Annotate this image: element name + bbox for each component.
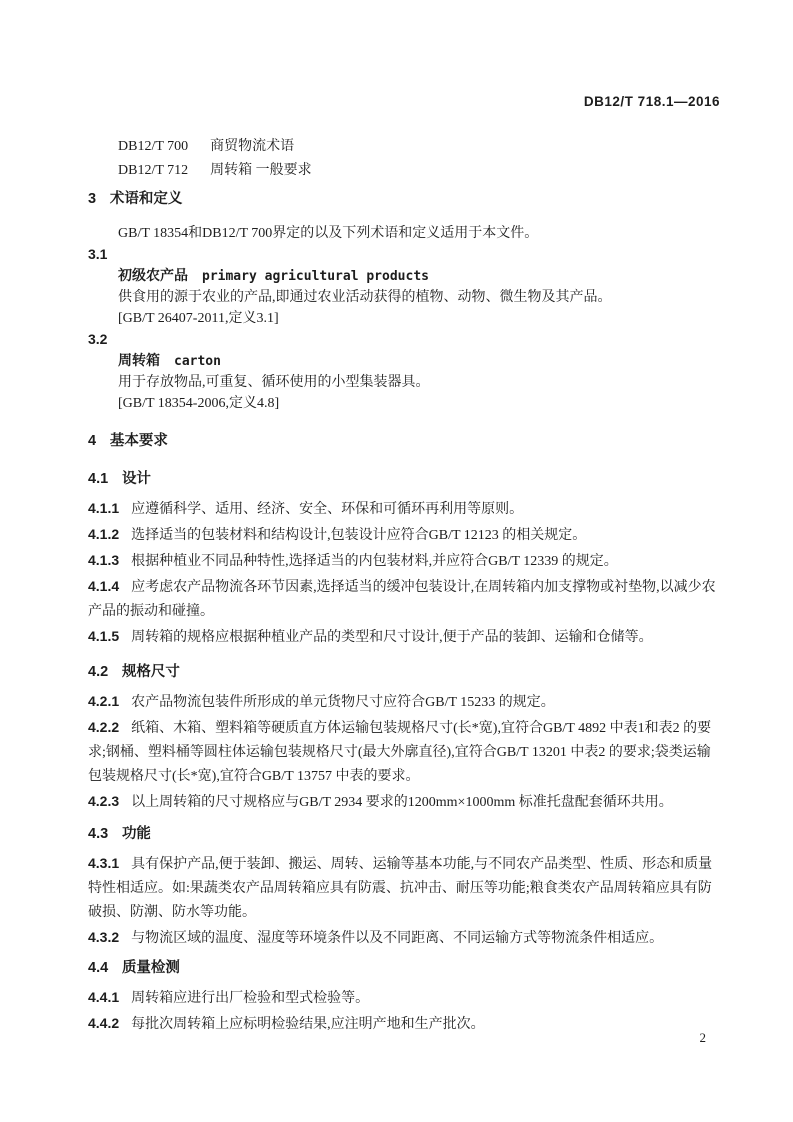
clause-text: 具有保护产品,便于装卸、搬运、周转、运输等基本功能,与不同农产品类型、性质、形态… xyxy=(88,857,712,920)
subsection-number: 4.3 xyxy=(88,826,108,842)
reference-title: 周转箱 一般要求 xyxy=(210,163,312,178)
clause-4-1-2: 4.1.2选择适当的包装材料和结构设计,包装设计应符合GB/T 12123 的相… xyxy=(88,522,720,548)
term-entry: 3.2 周转箱carton 用于存放物品,可重复、循环使用的小型集装器具。 [G… xyxy=(88,329,720,414)
clause-list: 4.2.1农产品物流包装件所形成的单元货物尺寸应符合GB/T 15233 的规定… xyxy=(88,689,720,815)
term-number: 3.1 xyxy=(88,244,720,265)
term-name-zh: 初级农产品 xyxy=(118,267,188,283)
reference-code: DB12/T 712 xyxy=(118,163,188,178)
clause-number: 4.4.1 xyxy=(88,989,119,1005)
clause-number: 4.1.4 xyxy=(88,578,119,594)
term-name: 初级农产品primary agricultural products xyxy=(118,265,720,287)
page-header-doc-code: DB12/T 718.1—2016 xyxy=(88,94,720,110)
normative-reference-line: DB12/T 700商贸物流术语 xyxy=(118,135,720,159)
clause-4-1-5: 4.1.5周转箱的规格应根据种植业产品的类型和尺寸设计,便于产品的装卸、运输和仓… xyxy=(88,624,720,650)
clause-list: 4.4.1周转箱应进行出厂检验和型式检验等。 4.4.2每批次周转箱上应标明检验… xyxy=(88,985,720,1037)
clause-text: 与物流区域的温度、湿度等环境条件以及不同距离、不同运输方式等物流条件相适应。 xyxy=(131,931,663,946)
section-number: 3 xyxy=(88,191,96,207)
term-source: [GB/T 26407-2011,定义3.1] xyxy=(118,308,720,329)
clause-list: 4.1.1应遵循科学、适用、经济、安全、环保和可循环再利用等原则。 4.1.2选… xyxy=(88,496,720,650)
clause-number: 4.2.1 xyxy=(88,693,119,709)
term-definition: 供食用的源于农业的产品,即通过农业活动获得的植物、动物、微生物及其产品。 xyxy=(118,287,720,308)
terms-intro: GB/T 18354和DB12/T 700界定的以及下列术语和定义适用于本文件。 xyxy=(88,223,720,244)
clause-4-1-1: 4.1.1应遵循科学、适用、经济、安全、环保和可循环再利用等原则。 xyxy=(88,496,720,522)
clause-number: 4.1.1 xyxy=(88,500,119,516)
clause-4-1-3: 4.1.3根据种植业不同品种特性,选择适当的内包装材料,并应符合GB/T 123… xyxy=(88,548,720,574)
subsection-heading-4-4: 4.4质量检测 xyxy=(88,959,720,978)
document-page: { "header": { "doc_code": "DB12/T 718.1—… xyxy=(0,0,793,1122)
clause-4-3-2: 4.3.2与物流区域的温度、湿度等环境条件以及不同距离、不同运输方式等物流条件相… xyxy=(88,925,720,951)
clause-text: 每批次周转箱上应标明检验结果,应注明产地和生产批次。 xyxy=(131,1017,485,1032)
section-number: 4 xyxy=(88,433,96,449)
section-title: 基本要求 xyxy=(110,433,168,449)
clause-4-4-2: 4.4.2每批次周转箱上应标明检验结果,应注明产地和生产批次。 xyxy=(88,1011,720,1037)
subsection-heading-4-3: 4.3功能 xyxy=(88,825,720,844)
clause-4-4-1: 4.4.1周转箱应进行出厂检验和型式检验等。 xyxy=(88,985,720,1011)
normative-reference-line: DB12/T 712周转箱 一般要求 xyxy=(118,159,720,183)
section-4-heading: 4基本要求 xyxy=(88,432,720,451)
clause-4-2-1: 4.2.1农产品物流包装件所形成的单元货物尺寸应符合GB/T 15233 的规定… xyxy=(88,689,720,715)
clause-4-2-3: 4.2.3以上周转箱的尺寸规格应与GB/T 2934 要求的1200mm×100… xyxy=(88,789,720,815)
clause-number: 4.1.3 xyxy=(88,552,119,568)
clause-number: 4.2.2 xyxy=(88,719,119,735)
clause-text: 以上周转箱的尺寸规格应与GB/T 2934 要求的1200mm×1000mm 标… xyxy=(131,795,673,810)
clause-text: 应考虑农产品物流各环节因素,选择适当的缓冲包装设计,在周转箱内加支撑物或衬垫物,… xyxy=(88,580,716,619)
clause-text: 农产品物流包装件所形成的单元货物尺寸应符合GB/T 15233 的规定。 xyxy=(131,695,555,710)
clause-number: 4.2.3 xyxy=(88,793,119,809)
term-definition: 用于存放物品,可重复、循环使用的小型集装器具。 xyxy=(118,372,720,393)
reference-code: DB12/T 700 xyxy=(118,139,188,154)
term-name-zh: 周转箱 xyxy=(118,352,160,368)
clause-4-3-1: 4.3.1具有保护产品,便于装卸、搬运、周转、运输等基本功能,与不同农产品类型、… xyxy=(88,851,720,925)
clause-number: 4.4.2 xyxy=(88,1015,119,1031)
term-entry: 3.1 初级农产品primary agricultural products 供… xyxy=(88,244,720,329)
term-source: [GB/T 18354-2006,定义4.8] xyxy=(118,393,720,414)
clause-text: 周转箱的规格应根据种植业产品的类型和尺寸设计,便于产品的装卸、运输和仓储等。 xyxy=(131,630,653,645)
subsection-title: 功能 xyxy=(122,826,151,842)
term-number: 3.2 xyxy=(88,329,720,350)
subsection-heading-4-2: 4.2规格尺寸 xyxy=(88,663,720,682)
clause-number: 4.1.2 xyxy=(88,526,119,542)
clause-text: 选择适当的包装材料和结构设计,包装设计应符合GB/T 12123 的相关规定。 xyxy=(131,528,586,543)
section-3-heading: 3术语和定义 xyxy=(88,190,720,209)
section-title: 术语和定义 xyxy=(110,191,183,207)
clause-number: 4.1.5 xyxy=(88,628,119,644)
term-name: 周转箱carton xyxy=(118,350,720,372)
term-name-en: primary agricultural products xyxy=(202,269,429,284)
clause-text: 纸箱、木箱、塑料箱等硬质直方体运输包装规格尺寸(长*宽),宜符合GB/T 489… xyxy=(88,721,711,784)
clause-text: 周转箱应进行出厂检验和型式检验等。 xyxy=(131,991,369,1006)
normative-references: DB12/T 700商贸物流术语 DB12/T 712周转箱 一般要求 xyxy=(118,135,720,183)
clause-4-1-4: 4.1.4应考虑农产品物流各环节因素,选择适当的缓冲包装设计,在周转箱内加支撑物… xyxy=(88,574,720,624)
subsection-heading-4-1: 4.1设计 xyxy=(88,470,720,489)
clause-text: 应遵循科学、适用、经济、安全、环保和可循环再利用等原则。 xyxy=(131,502,523,517)
clause-4-2-2: 4.2.2纸箱、木箱、塑料箱等硬质直方体运输包装规格尺寸(长*宽),宜符合GB/… xyxy=(88,715,720,789)
subsection-number: 4.2 xyxy=(88,664,108,680)
reference-title: 商贸物流术语 xyxy=(210,139,294,154)
page-content: DB12/T 718.1—2016 DB12/T 700商贸物流术语 DB12/… xyxy=(88,94,720,1037)
subsection-title: 设计 xyxy=(122,471,151,487)
clause-number: 4.3.2 xyxy=(88,929,119,945)
clause-number: 4.3.1 xyxy=(88,855,119,871)
page-number: 2 xyxy=(700,1030,707,1046)
subsection-number: 4.1 xyxy=(88,471,108,487)
subsection-title: 规格尺寸 xyxy=(122,664,180,680)
term-name-en: carton xyxy=(174,354,221,369)
subsection-number: 4.4 xyxy=(88,960,108,976)
terms-list: 3.1 初级农产品primary agricultural products 供… xyxy=(88,244,720,414)
clause-text: 根据种植业不同品种特性,选择适当的内包装材料,并应符合GB/T 12339 的规… xyxy=(131,554,618,569)
clause-list: 4.3.1具有保护产品,便于装卸、搬运、周转、运输等基本功能,与不同农产品类型、… xyxy=(88,851,720,951)
subsection-title: 质量检测 xyxy=(122,960,180,976)
